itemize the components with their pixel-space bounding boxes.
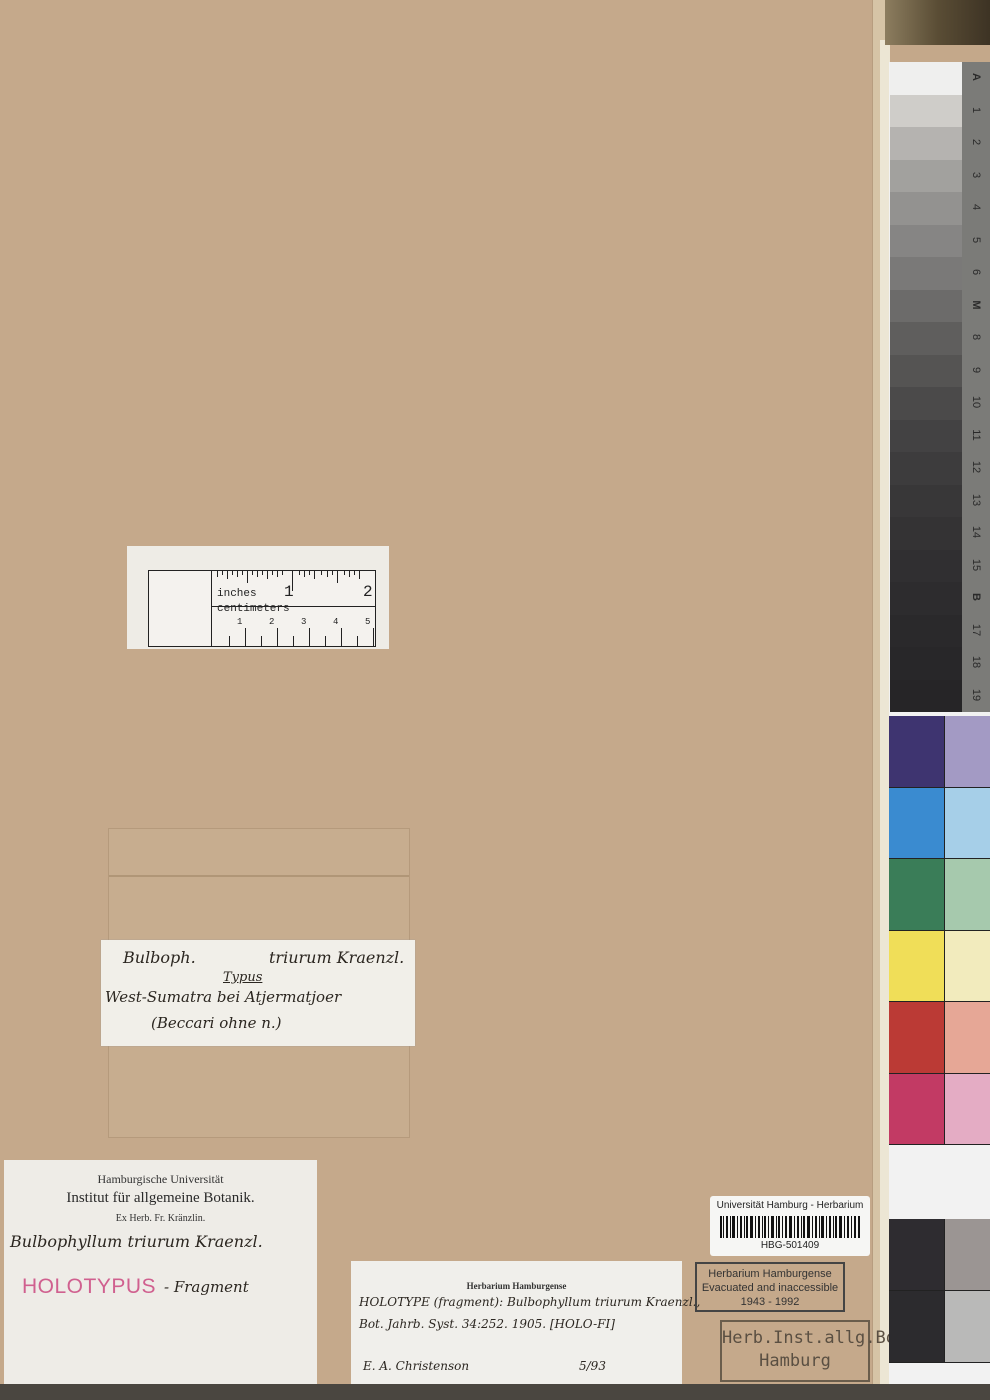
gray-step <box>890 680 962 713</box>
scale-ruler: inches centimeters 1 2 1 2 3 4 5 <box>148 570 376 647</box>
evacuation-stamp: Herbarium Hamburgense Evacuated and inac… <box>695 1262 845 1312</box>
species-name-handwritten: Bulbophyllum triurum Kraenzl. <box>10 1232 263 1251</box>
color-patch-dark <box>889 931 945 1003</box>
envelope-genus: Bulboph. <box>123 948 196 967</box>
ex-herbarium: Ex Herb. Fr. Kränzlin. <box>4 1213 317 1224</box>
scale-label: 15 <box>970 551 982 579</box>
color-patch-dark <box>889 859 945 931</box>
holotypus-stamp: HOLOTYPUS <box>22 1275 156 1299</box>
color-patch-dark <box>889 716 945 788</box>
gray-step <box>890 257 962 290</box>
stamp-line-2: Hamburg <box>722 1350 868 1373</box>
scale-label: 9 <box>970 356 982 384</box>
annotation-line-2: Bot. Jahrb. Syst. 34:252. 1905. [HOLO-FI… <box>359 1317 615 1331</box>
university-name: Hamburgische Universität <box>4 1172 317 1187</box>
scale-label: 11 <box>970 421 982 449</box>
envelope-label: Bulboph. triurum Kraenzl. Typus West-Sum… <box>101 940 415 1046</box>
color-calibration-chart: A123456M89101112131415B171819 <box>889 62 990 1387</box>
color-patch-light <box>945 1074 990 1146</box>
stamp-line-1: Herb.Inst.allg.Bot. <box>722 1327 868 1350</box>
gray-step <box>890 647 962 680</box>
scale-label: A <box>970 63 982 91</box>
scale-label: 14 <box>970 518 982 546</box>
color-patch-dark <box>889 1002 945 1074</box>
gray-step <box>890 615 962 648</box>
cm-number: 1 <box>237 617 242 627</box>
scale-label: 6 <box>970 258 982 286</box>
scale-label: 17 <box>970 616 982 644</box>
color-patch-light <box>945 716 990 788</box>
cm-number: 5 <box>365 617 370 627</box>
envelope-collector: (Beccari ohne n.) <box>151 1014 282 1032</box>
cm-number: 2 <box>269 617 274 627</box>
color-patch-light <box>945 1002 990 1074</box>
color-patch-dark <box>889 788 945 860</box>
annotation-line-1: HOLOTYPE (fragment): Bulbophyllum triuru… <box>359 1295 700 1309</box>
color-patch-dark <box>889 1074 945 1146</box>
gray-step <box>890 582 962 615</box>
scale-label: 5 <box>970 226 982 254</box>
barcode-icon <box>720 1216 860 1238</box>
gray-scale-labels: A123456M89101112131415B171819 <box>962 62 990 712</box>
ruler-blank-area <box>149 571 212 646</box>
barcode-title: Universität Hamburg - Herbarium <box>710 1200 870 1211</box>
neutral-patch-dark <box>889 1291 945 1363</box>
scale-label: 8 <box>970 323 982 351</box>
envelope-flap-fold <box>109 875 409 877</box>
neutral-patch-dark <box>889 1219 945 1291</box>
annotation-header: Herbarium Hamburgense <box>351 1281 682 1291</box>
gray-step <box>890 387 962 420</box>
scale-label: 10 <box>970 388 982 416</box>
gray-step <box>890 62 962 95</box>
institute-stamp: Herb.Inst.allg.Bot. Hamburg <box>720 1320 870 1382</box>
neutral-patch-light <box>945 1291 990 1363</box>
color-patch-light <box>945 859 990 931</box>
institution-label: Hamburgische Universität Institut für al… <box>4 1160 317 1385</box>
determination-date: 5/93 <box>579 1359 606 1373</box>
gray-step <box>890 160 962 193</box>
fragment-note: - Fragment <box>164 1278 249 1296</box>
inches-label: inches <box>217 588 257 600</box>
scale-label: 1 <box>970 96 982 124</box>
envelope-typus: Typus <box>223 970 262 985</box>
gray-step <box>890 452 962 485</box>
barcode-label: Universität Hamburg - Herbarium HBG-5014… <box>710 1196 870 1256</box>
gray-step <box>890 485 962 518</box>
neutral-patch-light <box>945 1219 990 1291</box>
gray-step <box>890 322 962 355</box>
gray-step <box>890 290 962 323</box>
gray-step <box>890 550 962 583</box>
gray-step <box>890 95 962 128</box>
background-top <box>885 0 990 45</box>
scale-label: B <box>970 583 982 611</box>
gray-step <box>890 225 962 258</box>
stamp-line-1: Herbarium Hamburgense <box>697 1267 843 1281</box>
scale-label: 3 <box>970 161 982 189</box>
determiner-name: E. A. Christenson <box>363 1359 469 1373</box>
color-patch-light <box>945 931 990 1003</box>
centimeters-label: centimeters <box>217 603 290 615</box>
gray-step <box>890 192 962 225</box>
envelope-epithet: triurum Kraenzl. <box>269 948 404 967</box>
barcode-id: HBG-501409 <box>710 1240 870 1251</box>
annotation-label: Herbarium Hamburgense HOLOTYPE (fragment… <box>351 1261 682 1385</box>
cm-number: 3 <box>301 617 306 627</box>
gray-step <box>890 517 962 550</box>
cm-number: 4 <box>333 617 338 627</box>
scale-label: 19 <box>970 681 982 709</box>
gray-step <box>890 127 962 160</box>
scale-label: 12 <box>970 453 982 481</box>
scale-label: M <box>970 291 982 319</box>
gray-step <box>890 420 962 453</box>
stamp-line-2: Evacuated and inaccessible <box>697 1281 843 1295</box>
scale-label: 2 <box>970 128 982 156</box>
scale-label: 4 <box>970 193 982 221</box>
background-bottom <box>0 1384 990 1400</box>
stamp-line-3: 1943 - 1992 <box>697 1295 843 1309</box>
gray-step <box>890 355 962 388</box>
envelope-locality: West-Sumatra bei Atjermatjoer <box>105 988 341 1006</box>
institute-name: Institut für allgemeine Botanik. <box>4 1190 317 1207</box>
scale-label: 18 <box>970 648 982 676</box>
color-patch-light <box>945 788 990 860</box>
inch-number: 2 <box>363 583 373 601</box>
scale-label: 13 <box>970 486 982 514</box>
